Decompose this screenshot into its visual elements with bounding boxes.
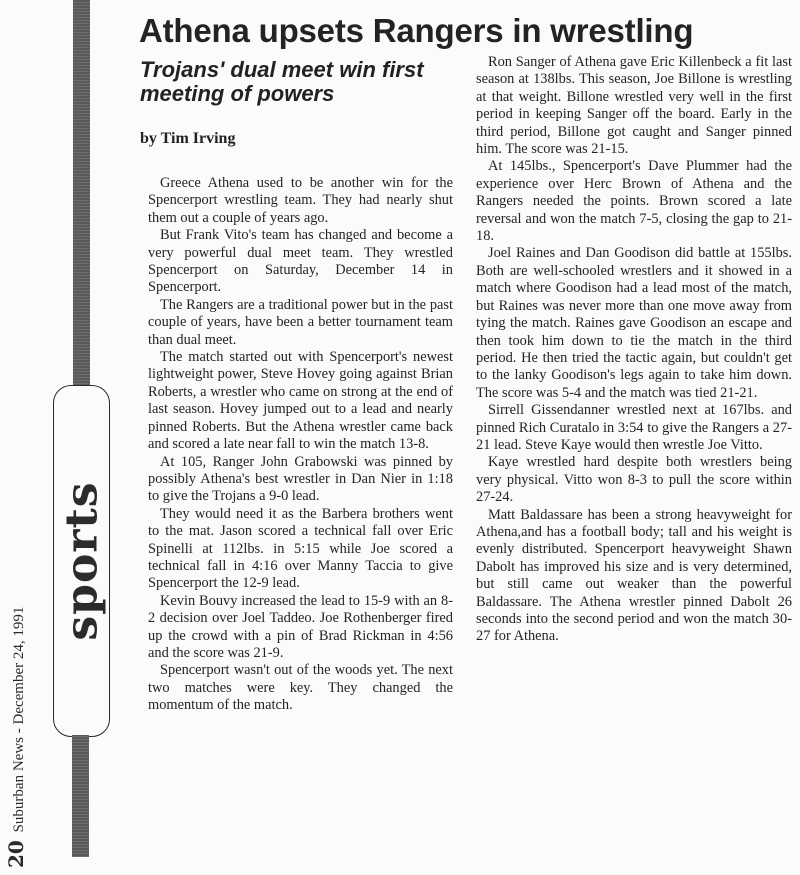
paragraph: They would need it as the Barbera brothe… xyxy=(148,506,453,593)
page-number: 20 xyxy=(4,840,28,868)
paragraph: Ron Sanger of Athena gave Eric Killenbec… xyxy=(476,54,792,158)
section-rule-bottom xyxy=(72,735,89,857)
paragraph: Kaye wrestled hard despite both wrestler… xyxy=(476,454,792,506)
paragraph: Greece Athena used to be another win for… xyxy=(148,175,453,227)
paragraph: At 105, Ranger John Grabowski was pinned… xyxy=(148,454,453,506)
section-label-box: sports xyxy=(53,385,110,737)
headline: Athena upsets Rangers in wrestling xyxy=(139,12,693,50)
section-rule-top xyxy=(73,0,90,387)
publication-date: Suburban News - December 24, 1991 xyxy=(11,607,27,833)
paragraph: Joel Raines and Dan Goodison did battle … xyxy=(476,245,792,402)
paragraph: Matt Baldassare has been a strong heavyw… xyxy=(476,507,792,646)
page-folio: 20 Suburban News - December 24, 1991 xyxy=(4,538,28,868)
paragraph: The match started out with Spencerport's… xyxy=(148,349,453,453)
subhead: Trojans' dual meet win first meeting of … xyxy=(140,58,440,106)
paragraph: Kevin Bouvy increased the lead to 15-9 w… xyxy=(148,593,453,663)
article-column-right: Ron Sanger of Athena gave Eric Killenbec… xyxy=(476,54,792,646)
paragraph: Spencerport wasn't out of the woods yet.… xyxy=(148,662,453,714)
section-label: sports xyxy=(56,481,107,640)
paragraph: But Frank Vito's team has changed and be… xyxy=(148,227,453,297)
article-column-left: Greece Athena used to be another win for… xyxy=(148,175,453,715)
byline: by Tim Irving xyxy=(140,130,235,148)
paragraph: Sirrell Gissendanner wrestled next at 16… xyxy=(476,402,792,454)
paragraph: At 145lbs., Spencerport's Dave Plummer h… xyxy=(476,158,792,245)
paragraph: The Rangers are a traditional power but … xyxy=(148,297,453,349)
